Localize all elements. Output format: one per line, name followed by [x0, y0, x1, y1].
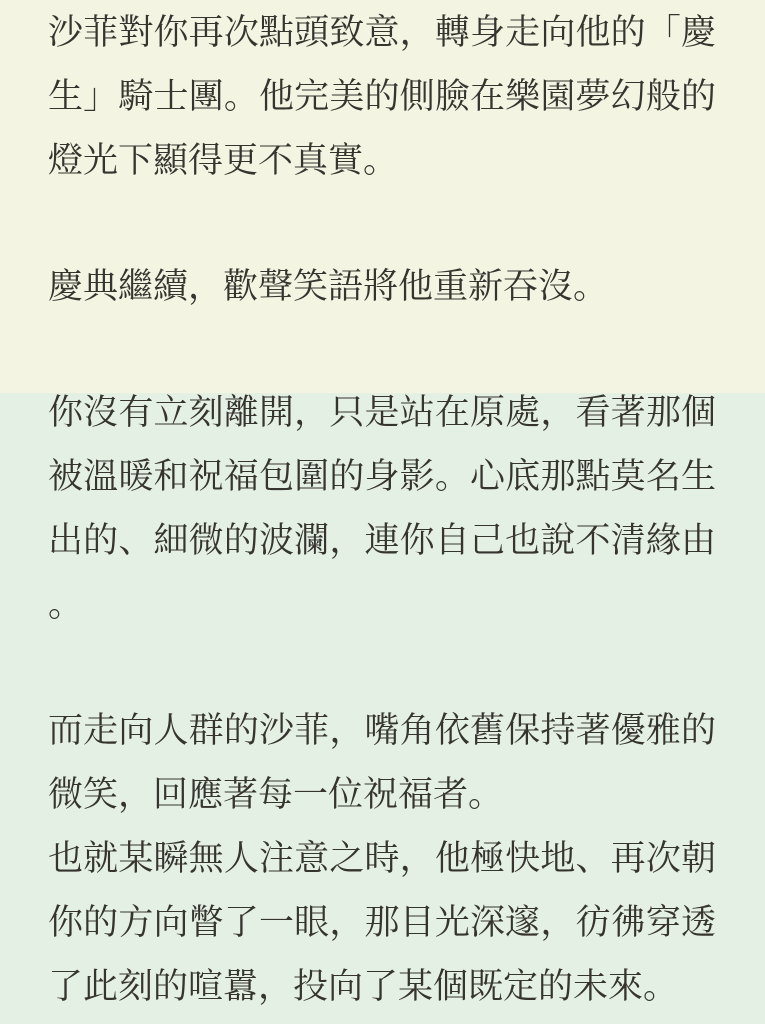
- story-paragraph-2: 慶典繼續，歡聲笑語將他重新吞沒。: [48, 255, 716, 319]
- story-paragraph-4: 而走向人群的沙菲，嘴角依舊保持著優雅的微笑，回應著每一位祝福者。: [48, 699, 716, 827]
- story-paragraph-5: 也就某瞬無人注意之時，他極快地、再次朝你的方向瞥了一眼，那目光深邃，彷彿穿透了此…: [48, 827, 716, 1019]
- story-paragraph-1: 沙菲對你再次點頭致意，轉身走向他的「慶生」騎士團。他完美的側臉在樂園夢幻般的燈光…: [48, 1, 716, 193]
- story-text-layer: 沙菲對你再次點頭致意，轉身走向他的「慶生」騎士團。他完美的側臉在樂園夢幻般的燈光…: [0, 0, 765, 1024]
- story-paragraph-3: 你沒有立刻離開，只是站在原處，看著那個被溫暖和祝福包圍的身影。心底那點莫名生出的…: [48, 381, 716, 637]
- story-page: 沙菲對你再次點頭致意，轉身走向他的「慶生」騎士團。他完美的側臉在樂園夢幻般的燈光…: [0, 0, 765, 1024]
